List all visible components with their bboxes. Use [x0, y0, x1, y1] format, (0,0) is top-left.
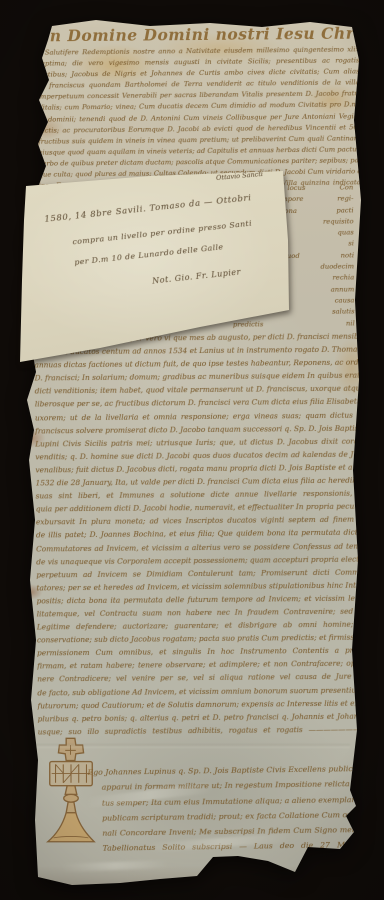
manuscript-line: dicti venditionis; item habet, quod vita…	[35, 382, 365, 398]
manuscript-line: usque; suo illo supradictis testibus adh…	[38, 722, 368, 738]
notary-signum-icon	[42, 734, 100, 848]
manuscript-line: venalibus; fuit dictus D. Jacobus dicti,…	[35, 461, 365, 477]
manuscript-line: testibus; Jacobus de Nigris et Johannes …	[37, 67, 359, 81]
manuscript-line: positis; dicta bona ita permutata delle …	[37, 591, 367, 607]
slip-annotation: Ottavio Sancti	[216, 170, 264, 182]
subscription-line: Tabellionatus Solito subscripsi — Laus d…	[102, 838, 354, 857]
manuscript-line: septima; die vero vigesimo mensis august…	[37, 55, 359, 69]
manuscript-line: suas sint liberi, et Immunes a solutione…	[36, 487, 366, 503]
manuscript-line: Commutatores ad Invicem, et vicissim a a…	[36, 539, 366, 555]
manuscript-line: quia per additionem dicti D. Jacobi hodi…	[36, 500, 366, 516]
manuscript-line: uxorem; ut de la livellaria et omnia res…	[35, 408, 365, 424]
manuscript-line: litatemque, vel Contractu suam non haber…	[37, 605, 367, 621]
manuscript-line: permissionem Cum omnibus, et singulis In…	[37, 644, 367, 660]
parchment-sheet: In Domine Domini nostri Iesu Chri Amē a …	[0, 0, 384, 900]
manuscript-line: conservatione; sub dicto Jacobus rogatam…	[37, 631, 367, 647]
manuscript-line: venditis; q. D. homine sue dicti D. Jaco…	[35, 447, 365, 463]
manuscript-line: tatores; per se et heredes ad Invicem, e…	[36, 578, 366, 594]
manuscript-line: imperpetuum concessit Venerabili per sac…	[38, 89, 360, 103]
manuscript-line: a Salutifere Redemptionis nostre anno a …	[37, 44, 359, 58]
text-block-main: de anno 1549; Indictione per vero vi que…	[34, 330, 368, 739]
manuscript-line: franciscus solvere promiserat dicto D. J…	[35, 421, 365, 437]
parchment-surface: In Domine Domini nostri Iesu Chri Amē a …	[0, 0, 384, 900]
manuscript-line: fructibus suis quidem in vineis in vinea…	[38, 133, 360, 147]
surface-scratch	[60, 779, 240, 811]
slip-signature: Not. Gio. Fr. Lupier	[152, 267, 242, 285]
subscription-line: apparui in formam militare ut; In regest…	[102, 776, 354, 795]
subscription-line: publicam scripturam tradidi; prout; ex f…	[102, 807, 354, 826]
manuscript-line: futurorum; quod Cautiorum; et de Solutis…	[37, 696, 367, 712]
attached-paper-slip: Ottavio Sancti 1580, 14 8bre Savili. Tom…	[16, 166, 296, 370]
manuscript-line: nere Contradicere; vel venire per se, ve…	[37, 670, 367, 686]
surface-scratch	[120, 831, 320, 854]
manuscript-line: 1532 die 28 January, Ita, ut valde per d…	[35, 474, 365, 490]
manuscript-line: D. franciscus quondam Bartholomei de Ter…	[38, 78, 360, 92]
manuscript-line: D. francisci; In solarium; domum; gradib…	[35, 369, 365, 385]
manuscript-line: firmam, et ratam habere; tenere observar…	[37, 657, 367, 673]
manuscript-line: liberosque per se, ac fructibus dictorum…	[35, 395, 365, 411]
manuscript-line: pluribus q. petro bonis; q. alterius q. …	[38, 709, 368, 725]
manuscript-line: de vis unaqueque vis Corporalem accepit …	[36, 552, 366, 568]
manuscript-line: eiusque quod quam aquilam in vineis vete…	[38, 144, 360, 158]
manuscript-line: exbursavit In plura moneta; ad vices Ins…	[36, 513, 366, 529]
slip-surface: Ottavio Sancti 1580, 14 8bre Savili. Tom…	[16, 166, 296, 370]
subscription-line: tus semper; Ita cum eius Immutatione ali…	[102, 792, 354, 811]
slip-text-line: per D.m 10 de Lunardo delle Galle	[74, 242, 224, 267]
manuscript-line: de illis patet; D. Joannes Bochina, et e…	[36, 526, 366, 542]
invocation-line: In Domine Domini nostri Iesu Chri Amē	[42, 24, 354, 47]
slip-text-line: compra un livello per ordine presso Sant…	[72, 219, 252, 247]
manuscript-line: Lupini Civis Sicilis patris mei; utriusq…	[35, 434, 365, 450]
manuscript-line: de facto, sub obligatione Ad Invicem, et…	[37, 683, 367, 699]
manuscript-line: et dominii; tenendi quod de D. Antonini …	[38, 111, 360, 125]
subscription-line: nali Concordare Inveni; Me subscripsi In…	[102, 822, 354, 841]
surface-scratch	[40, 859, 190, 872]
manuscript-line: perpetuum ad Invicem se Dimidiam Contule…	[36, 565, 366, 581]
fold-crease	[30, 744, 350, 748]
photo-stage: In Domine Domini nostri Iesu Chri Amē a …	[0, 0, 384, 900]
slip-date-line: 1580, 14 8bre Savili. Tomaso da — Ottobr…	[44, 193, 252, 225]
manuscript-line: dictis; ac procuratoribus Eorumque D. Ja…	[38, 122, 360, 136]
subscription-line: Ego Johannes Lupinus q. Sp. D. Jois Bapt…	[87, 761, 353, 780]
notary-subscription-block: Ego Johannes Lupinus q. Sp. D. Jois Bapt…	[87, 761, 354, 856]
manuscript-line: Vitalis; cum Pomario; vinea; Cum ducatis…	[38, 100, 360, 114]
manuscript-line: Legitime defendere; auctorizare; guarent…	[37, 618, 367, 634]
